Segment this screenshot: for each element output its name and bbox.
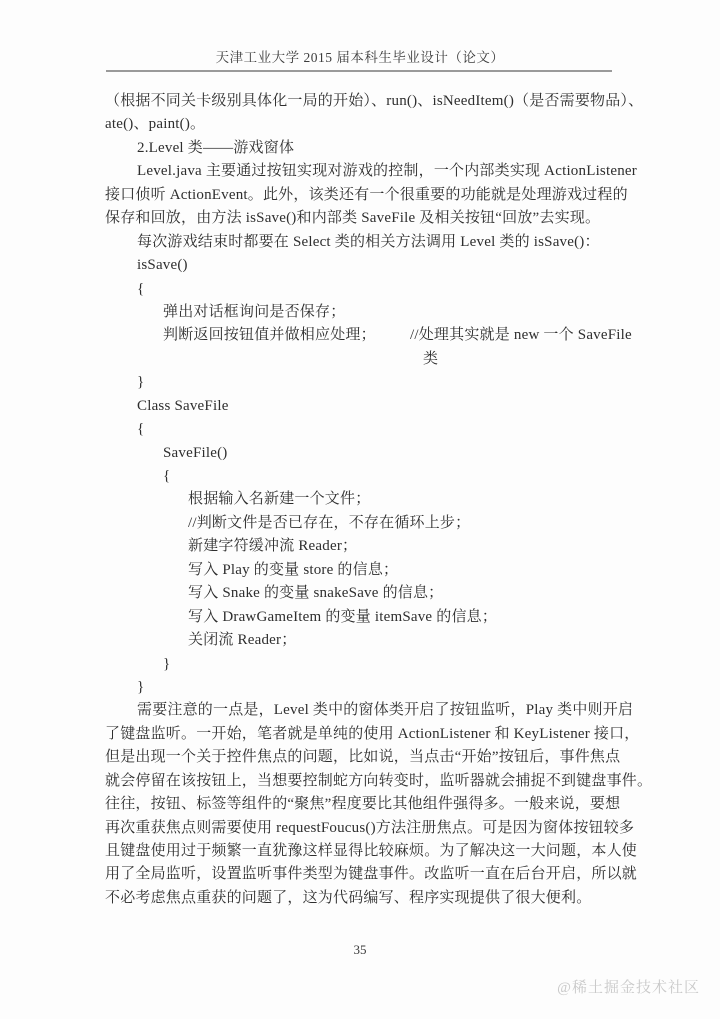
text-line: 用了全局监听，设置监听事件类型为键盘事件。改监听一直在后台开启，所以就 (105, 863, 620, 886)
text-line: 接口侦听 ActionEvent。此外，该类还有一个很重要的功能就是处理游戏过程… (105, 184, 620, 207)
text-line: （根据不同关卡级别具体化一局的开始）、run()、isNeedItem()（是否… (105, 90, 620, 113)
line-text: 写入 Snake 的变量 snakeSave 的信息； (188, 585, 443, 601)
text-line: 但是出现一个关于控件焦点的问题，比如说，当点击“开始”按钮后，事件焦点 (105, 746, 620, 769)
text-line: 弹出对话框询问是否保存； (105, 301, 620, 324)
line-text: 写入 DrawGameItem 的变量 itemSave 的信息； (188, 609, 497, 625)
text-line: 再次重获焦点则需要使用 requestFoucus()方法注册焦点。可是因为窗体… (105, 817, 620, 840)
line-text: 接口侦听 ActionEvent。此外，该类还有一个很重要的功能就是处理游戏过程… (105, 187, 628, 203)
page-number: 35 (0, 942, 720, 958)
text-line: } (105, 653, 620, 676)
line-text: //判断文件是否已存在，不存在循环上步； (188, 515, 470, 531)
text-line: 写入 DrawGameItem 的变量 itemSave 的信息； (105, 606, 620, 629)
line-text: Level.java 主要通过按钮实现对游戏的控制，一个内部类实现 Action… (137, 163, 637, 179)
line-text: } (163, 656, 170, 672)
text-line: 写入 Play 的变量 store 的信息； (105, 559, 620, 582)
line-text: } (137, 679, 144, 695)
line-text: 往往，按钮、标签等组件的“聚焦”程度要比其他组件强得多。一般来说，要想 (105, 796, 620, 812)
text-line: 往往，按钮、标签等组件的“聚焦”程度要比其他组件强得多。一般来说，要想 (105, 793, 620, 816)
line-text: 但是出现一个关于控件焦点的问题，比如说，当点击“开始”按钮后，事件焦点 (105, 749, 620, 765)
line-text: 每次游戏结束时都要在 Select 类的相关方法调用 Level 类的 isSa… (137, 234, 600, 250)
line-text: （根据不同关卡级别具体化一局的开始）、run()、isNeedItem()（是否… (105, 93, 643, 109)
text-line: } (105, 676, 620, 699)
text-line: 每次游戏结束时都要在 Select 类的相关方法调用 Level 类的 isSa… (105, 231, 620, 254)
line-text: 需要注意的一点是，Level 类中的窗体类开启了按钮监听，Play 类中则开启 (137, 702, 633, 718)
text-line: 新建字符缓冲流 Reader； (105, 535, 620, 558)
line-text: { (137, 281, 144, 297)
text-line: 了键盘监听。一开始，笔者就是单纯的使用 ActionListener 和 Key… (105, 723, 620, 746)
line-text: 关闭流 Reader； (188, 632, 296, 648)
text-line: { (105, 465, 620, 488)
text-line: isSave() (105, 254, 620, 277)
line-text: 新建字符缓冲流 Reader； (188, 538, 357, 554)
line-text: 写入 Play 的变量 store 的信息； (188, 562, 398, 578)
line-text: 保存和回放，由方法 isSave()和内部类 SaveFile 及相关按钮“回放… (105, 210, 600, 226)
line-text: 用了全局监听，设置监听事件类型为键盘事件。改监听一直在后台开启，所以就 (105, 866, 637, 882)
line-text: 且键盘使用过于频繁一直犹豫这样显得比较麻烦。为了解决这一大问题，本人使 (105, 843, 637, 859)
text-line: SaveFile() (105, 442, 620, 465)
page-header-title: 天津工业大学 2015 届本科生毕业设计（论文） (0, 46, 720, 66)
text-line: 不必考虑焦点重获的问题了，这为代码编写、程序实现提供了很大便利。 (105, 887, 620, 910)
header-divider (106, 70, 612, 72)
line-text: 不必考虑焦点重获的问题了，这为代码编写、程序实现提供了很大便利。 (105, 890, 591, 906)
thesis-page: 天津工业大学 2015 届本科生毕业设计（论文） （根据不同关卡级别具体化一局的… (0, 0, 720, 1019)
line-text: 弹出对话框询问是否保存； (163, 304, 345, 320)
line-text: SaveFile() (163, 445, 227, 461)
watermark: @稀土掘金技术社区 (557, 976, 700, 997)
line-text: 类 (423, 351, 438, 367)
text-line: { (105, 418, 620, 441)
text-line: Class SaveFile (105, 395, 620, 418)
text-line: { (105, 278, 620, 301)
text-line: //判断文件是否已存在，不存在循环上步； (105, 512, 620, 535)
text-line: } (105, 371, 620, 394)
text-line: Level.java 主要通过按钮实现对游戏的控制，一个内部类实现 Action… (105, 160, 620, 183)
text-line: 写入 Snake 的变量 snakeSave 的信息； (105, 582, 620, 605)
text-line: 且键盘使用过于频繁一直犹豫这样显得比较麻烦。为了解决这一大问题，本人使 (105, 840, 620, 863)
document-body: （根据不同关卡级别具体化一局的开始）、run()、isNeedItem()（是否… (105, 90, 620, 910)
line-text: } (137, 374, 144, 390)
line-text: { (137, 421, 144, 437)
text-line: 关闭流 Reader； (105, 629, 620, 652)
line-text: Class SaveFile (137, 398, 229, 414)
line-text: 2.Level 类——游戏窗体 (137, 140, 294, 156)
text-line: 2.Level 类——游戏窗体 (105, 137, 620, 160)
text-line: 类 (105, 348, 620, 371)
line-text: 就会停留在该按钮上，当想要控制蛇方向转变时，监听器就会捕捉不到键盘事件。 (105, 773, 652, 789)
line-text: 再次重获焦点则需要使用 requestFoucus()方法注册焦点。可是因为窗体… (105, 820, 634, 836)
line-text: ate()、paint()。 (105, 116, 205, 132)
line-text: { (163, 468, 170, 484)
line-text: isSave() (137, 257, 188, 273)
text-line: 判断返回按钮值并做相应处理；//处理其实就是 new 一个 SaveFile (105, 324, 620, 347)
text-line: 根据输入名新建一个文件； (105, 488, 620, 511)
line-text: 根据输入名新建一个文件； (188, 491, 370, 507)
text-line: ate()、paint()。 (105, 113, 620, 136)
text-line: 需要注意的一点是，Level 类中的窗体类开启了按钮监听，Play 类中则开启 (105, 699, 620, 722)
inline-comment: //处理其实就是 new 一个 SaveFile (410, 324, 632, 347)
line-text: 了键盘监听。一开始，笔者就是单纯的使用 ActionListener 和 Key… (105, 726, 640, 742)
text-line: 保存和回放，由方法 isSave()和内部类 SaveFile 及相关按钮“回放… (105, 207, 620, 230)
line-text: 判断返回按钮值并做相应处理； (163, 327, 376, 343)
text-line: 就会停留在该按钮上，当想要控制蛇方向转变时，监听器就会捕捉不到键盘事件。 (105, 770, 620, 793)
